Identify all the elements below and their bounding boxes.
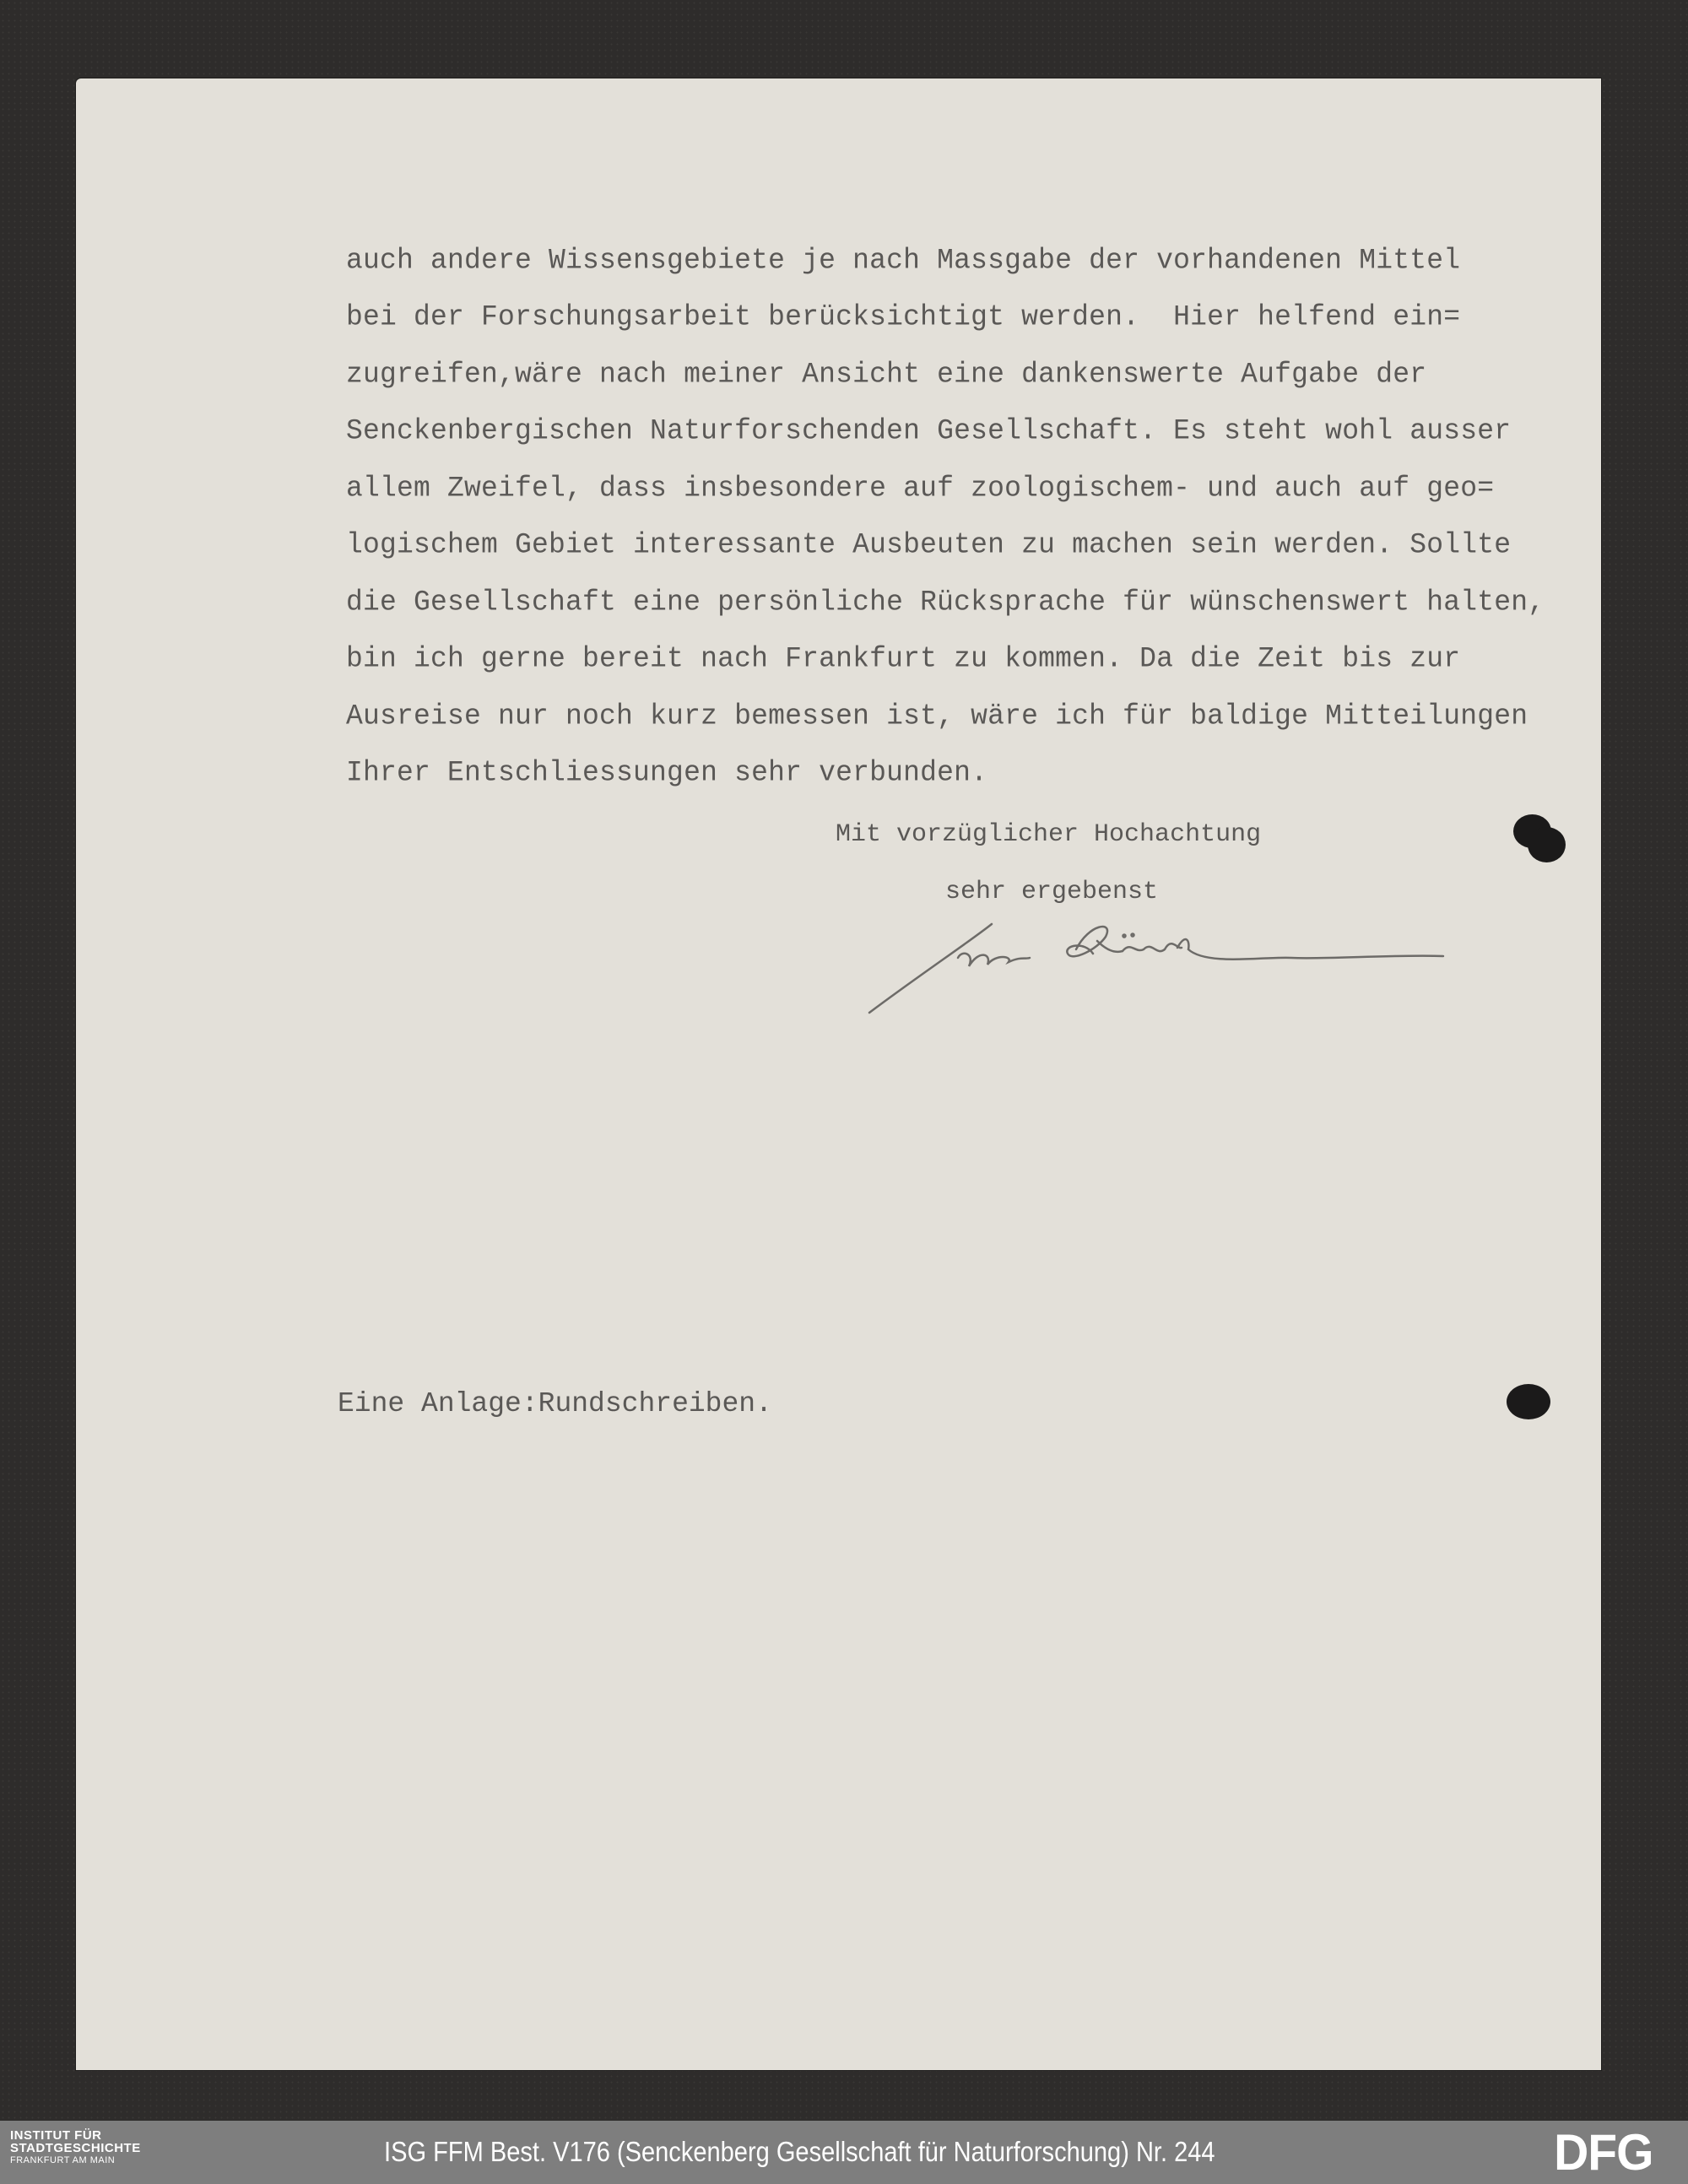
body-line: Senckenbergischen Naturforschenden Gesel… [346, 414, 1511, 447]
archive-caption: ISG FFM Best. V176 (Senckenberg Gesellsc… [384, 2136, 1215, 2168]
dfg-logo: DFG [1554, 2129, 1653, 2176]
body-line: bei der Forschungsarbeit berücksichtigt … [346, 300, 1460, 333]
enclosure-note: Eine Anlage:Rundschreiben. [338, 1388, 772, 1419]
body-line: auch andere Wissensgebiete je nach Massg… [346, 244, 1460, 277]
body-line: allem Zweifel, dass insbesondere auf zoo… [346, 472, 1494, 505]
body-line: bin ich gerne bereit nach Frankfurt zu k… [346, 642, 1460, 675]
body-line: die Gesellschaft eine persönliche Rücksp… [346, 586, 1545, 619]
archive-footer-bar: INSTITUT FÜR STADTGESCHICHTE FRANKFURT A… [0, 2121, 1688, 2184]
institute-line-3: FRANKFURT AM MAIN [10, 2154, 141, 2167]
handwritten-signature [852, 916, 1477, 1025]
closing-regards: sehr ergebenst [945, 878, 1158, 906]
institute-logo: INSTITUT FÜR STADTGESCHICHTE FRANKFURT A… [10, 2129, 141, 2167]
punch-hole-bottom [1507, 1384, 1550, 1419]
body-line: Ihrer Entschliessungen sehr verbunden. [346, 756, 987, 789]
closing-salutation: Mit vorzüglicher Hochachtung [836, 820, 1261, 849]
body-line: zugreifen,wäre nach meiner Ansicht eine … [346, 358, 1426, 391]
institute-line-2: STADTGESCHICHTE [10, 2142, 141, 2154]
body-line: Ausreise nur noch kurz bemessen ist, wär… [346, 700, 1528, 733]
institute-line-1: INSTITUT FÜR [10, 2129, 141, 2142]
body-line: logischem Gebiet interessante Ausbeuten … [346, 528, 1511, 561]
